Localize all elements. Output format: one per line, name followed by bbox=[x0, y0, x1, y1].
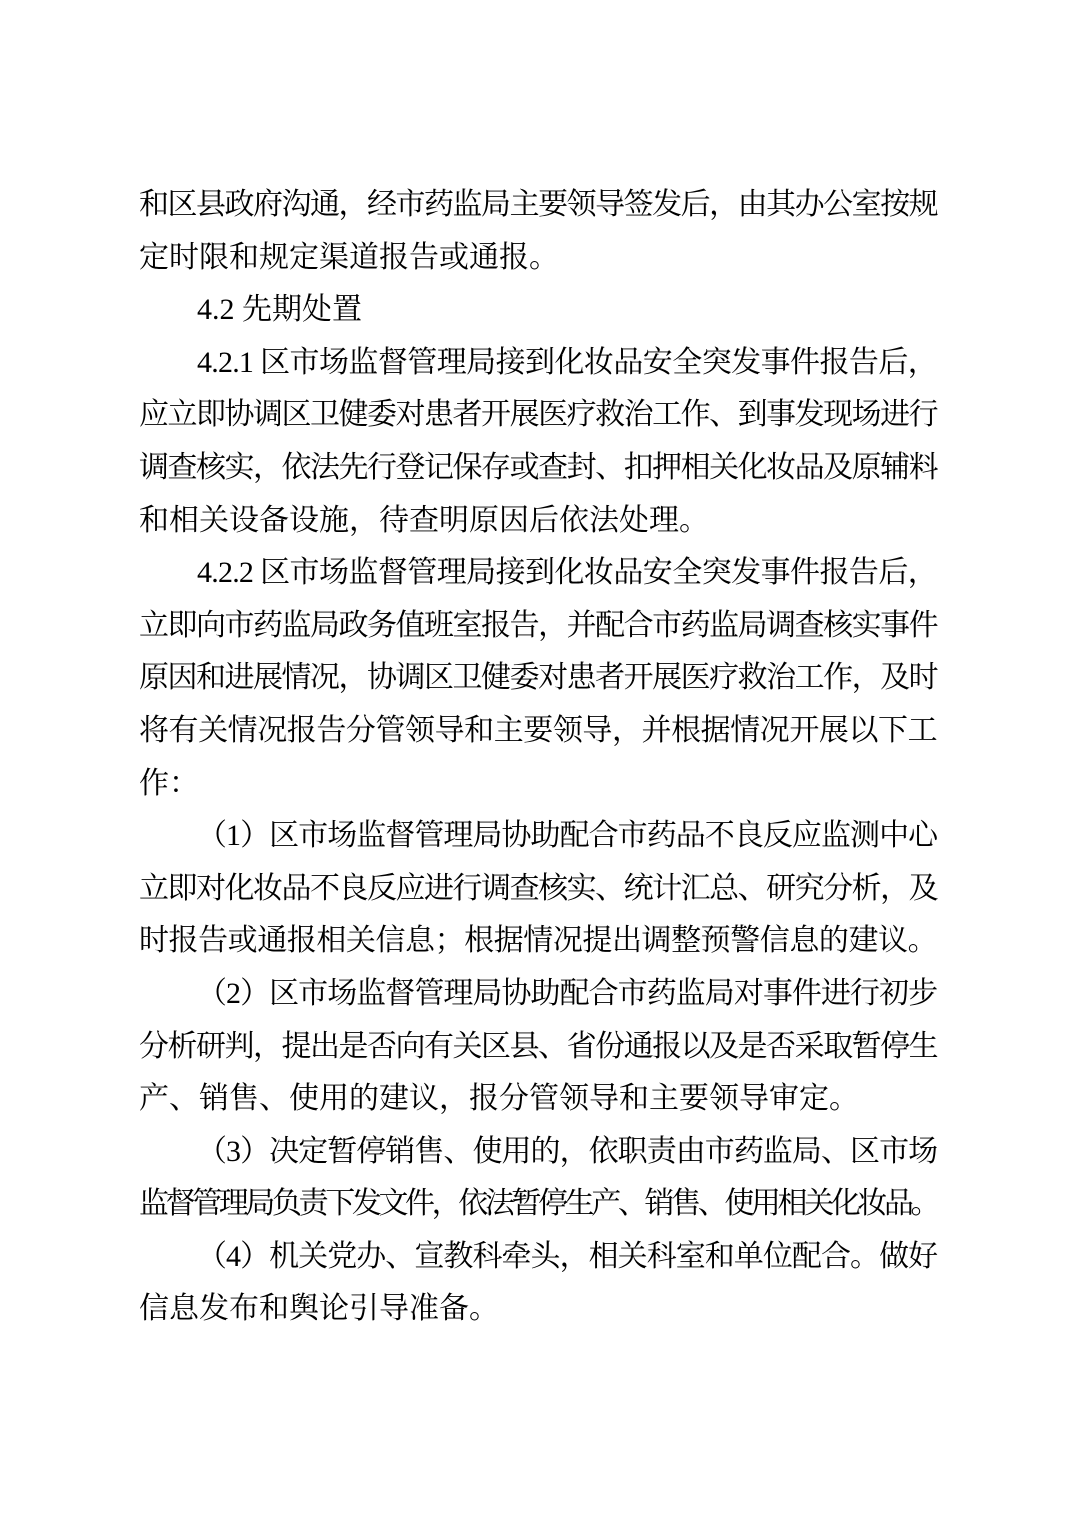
text-line: 4.2.2 区市场监督管理局接到化妆品安全突发事件报告后， bbox=[139, 547, 937, 600]
list-item-4: （4）机关党办、宣教科牵头，相关科室和单位配合。做好 信息发布和舆论引导准备。 bbox=[139, 1231, 937, 1336]
text-line: 4.2.1 区市场监督管理局接到化妆品安全突发事件报告后， bbox=[139, 337, 937, 390]
list-item-1: （1）区市场监督管理局协助配合市药品不良反应监测中心 立即对化妆品不良反应进行调… bbox=[139, 810, 937, 968]
list-item-3: （3）决定暂停销售、使用的，依职责由市药监局、区市场 监督管理局负责下发文件，依… bbox=[139, 1126, 937, 1231]
text-line: （3）决定暂停销售、使用的，依职责由市药监局、区市场 bbox=[139, 1126, 937, 1179]
text-line: 和区县政府沟通，经市药监局主要领导签发后，由其办公室按规 bbox=[139, 179, 937, 232]
text-line: 原因和进展情况，协调区卫健委对患者开展医疗救治工作，及时 bbox=[139, 652, 937, 705]
text-line: 分析研判，提出是否向有关区县、省份通报以及是否采取暂停生 bbox=[139, 1021, 937, 1074]
text-line: 信息发布和舆论引导准备。 bbox=[139, 1283, 937, 1336]
paragraph-continuation: 和区县政府沟通，经市药监局主要领导签发后，由其办公室按规 定时限和规定渠道报告或… bbox=[139, 179, 937, 284]
section-heading: 4.2 先期处置 bbox=[139, 284, 937, 337]
paragraph-4-2-2: 4.2.2 区市场监督管理局接到化妆品安全突发事件报告后， 立即向市药监局政务值… bbox=[139, 547, 937, 810]
text-line: 时报告或通报相关信息；根据情况提出调整预警信息的建议。 bbox=[139, 915, 937, 968]
text-line: 作： bbox=[139, 758, 937, 811]
text-line: 立即对化妆品不良反应进行调查核实、统计汇总、研究分析，及 bbox=[139, 863, 937, 916]
list-item-2: （2）区市场监督管理局协助配合市药监局对事件进行初步 分析研判，提出是否向有关区… bbox=[139, 968, 937, 1126]
text-line: 将有关情况报告分管领导和主要领导，并根据情况开展以下工 bbox=[139, 705, 937, 758]
text-line: （4）机关党办、宣教科牵头，相关科室和单位配合。做好 bbox=[139, 1231, 937, 1284]
document-body: 和区县政府沟通，经市药监局主要领导签发后，由其办公室按规 定时限和规定渠道报告或… bbox=[139, 179, 937, 1336]
text-line: 立即向市药监局政务值班室报告，并配合市药监局调查核实事件 bbox=[139, 600, 937, 653]
text-line: （1）区市场监督管理局协助配合市药品不良反应监测中心 bbox=[139, 810, 937, 863]
paragraph-4-2-1: 4.2.1 区市场监督管理局接到化妆品安全突发事件报告后， 应立即协调区卫健委对… bbox=[139, 337, 937, 547]
section-heading-4-2: 4.2 先期处置 bbox=[139, 284, 937, 337]
text-line: 应立即协调区卫健委对患者开展医疗救治工作、到事发现场进行 bbox=[139, 389, 937, 442]
text-line: （2）区市场监督管理局协助配合市药监局对事件进行初步 bbox=[139, 968, 937, 1021]
text-line: 产、销售、使用的建议，报分管领导和主要领导审定。 bbox=[139, 1073, 937, 1126]
text-line: 定时限和规定渠道报告或通报。 bbox=[139, 232, 937, 285]
text-line: 监督管理局负责下发文件，依法暂停生产、销售、使用相关化妆品。 bbox=[139, 1178, 937, 1231]
text-line: 和相关设备设施，待查明原因后依法处理。 bbox=[139, 495, 937, 548]
text-line: 调查核实，依法先行登记保存或查封、扣押相关化妆品及原辅料 bbox=[139, 442, 937, 495]
document-page: 和区县政府沟通，经市药监局主要领导签发后，由其办公室按规 定时限和规定渠道报告或… bbox=[0, 0, 1074, 1520]
